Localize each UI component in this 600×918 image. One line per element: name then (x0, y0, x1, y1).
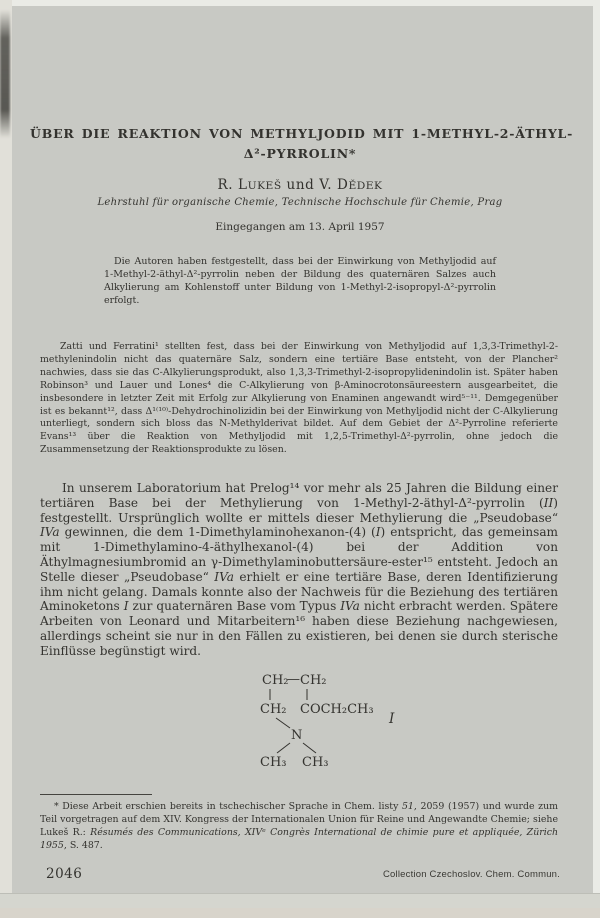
received-date-line: Eingegangen am 13. April 1957 (40, 221, 560, 233)
main-paragraph: In unserem Laboratorium hat Prelog¹⁴ vor… (40, 481, 558, 659)
bond-diagonal-to-n (276, 718, 290, 728)
scan-edge-top (0, 0, 600, 6)
scan-edge-bottom (0, 893, 600, 918)
formula-ch3-right: CH₃ (302, 755, 329, 770)
formula-bond-dash: — (287, 672, 300, 687)
intro-paragraph: Zatti und Ferratini¹ stellten fest, dass… (40, 341, 558, 457)
footnote-paragraph: * Diese Arbeit erschien bereits in tsche… (40, 800, 558, 852)
footnote-separator-rule (40, 794, 152, 795)
formula-ch2-mid: CH₂ (260, 702, 287, 717)
compound-roman-numeral: I (389, 711, 394, 727)
affiliation-line: Lehrstuhl für organische Chemie, Technis… (40, 197, 560, 208)
article-title: ÜBER DIE REAKTION VON METHYLJODID MIT 1-… (30, 124, 570, 164)
spine-shadow (0, 10, 10, 138)
formula-ch2-top-left: CH₂ (262, 673, 289, 688)
journal-running-title: Collection Czechoslov. Chem. Commun. (383, 869, 560, 880)
formula-ethylketone-chain: COCH₂CH₃ (300, 702, 374, 717)
bond-n-to-ch3-right (303, 743, 316, 753)
scanned-journal-page: ÜBER DIE REAKTION VON METHYLJODID MIT 1-… (0, 0, 600, 918)
bond-n-to-ch3-left (277, 743, 290, 753)
chemical-structure-formula: CH₂ — CH₂ CH₂ COCH₂CH₃ N CH₃ CH₃ (240, 664, 400, 772)
article-title-line2: Δ²-PYRROLIN* (30, 144, 570, 164)
scan-edge-right (593, 0, 600, 918)
abstract-paragraph: Die Autoren haben festgestellt, dass bei… (104, 255, 496, 307)
authors-line: R. Lukeš und V. Dědek (40, 177, 560, 193)
article-title-line1: ÜBER DIE REAKTION VON METHYLJODID MIT 1-… (30, 124, 570, 144)
formula-ch2-top-right: CH₂ (300, 673, 327, 688)
formula-ch3-left: CH₃ (260, 755, 287, 770)
formula-nitrogen: N (291, 728, 302, 743)
page-number: 2046 (46, 866, 82, 882)
